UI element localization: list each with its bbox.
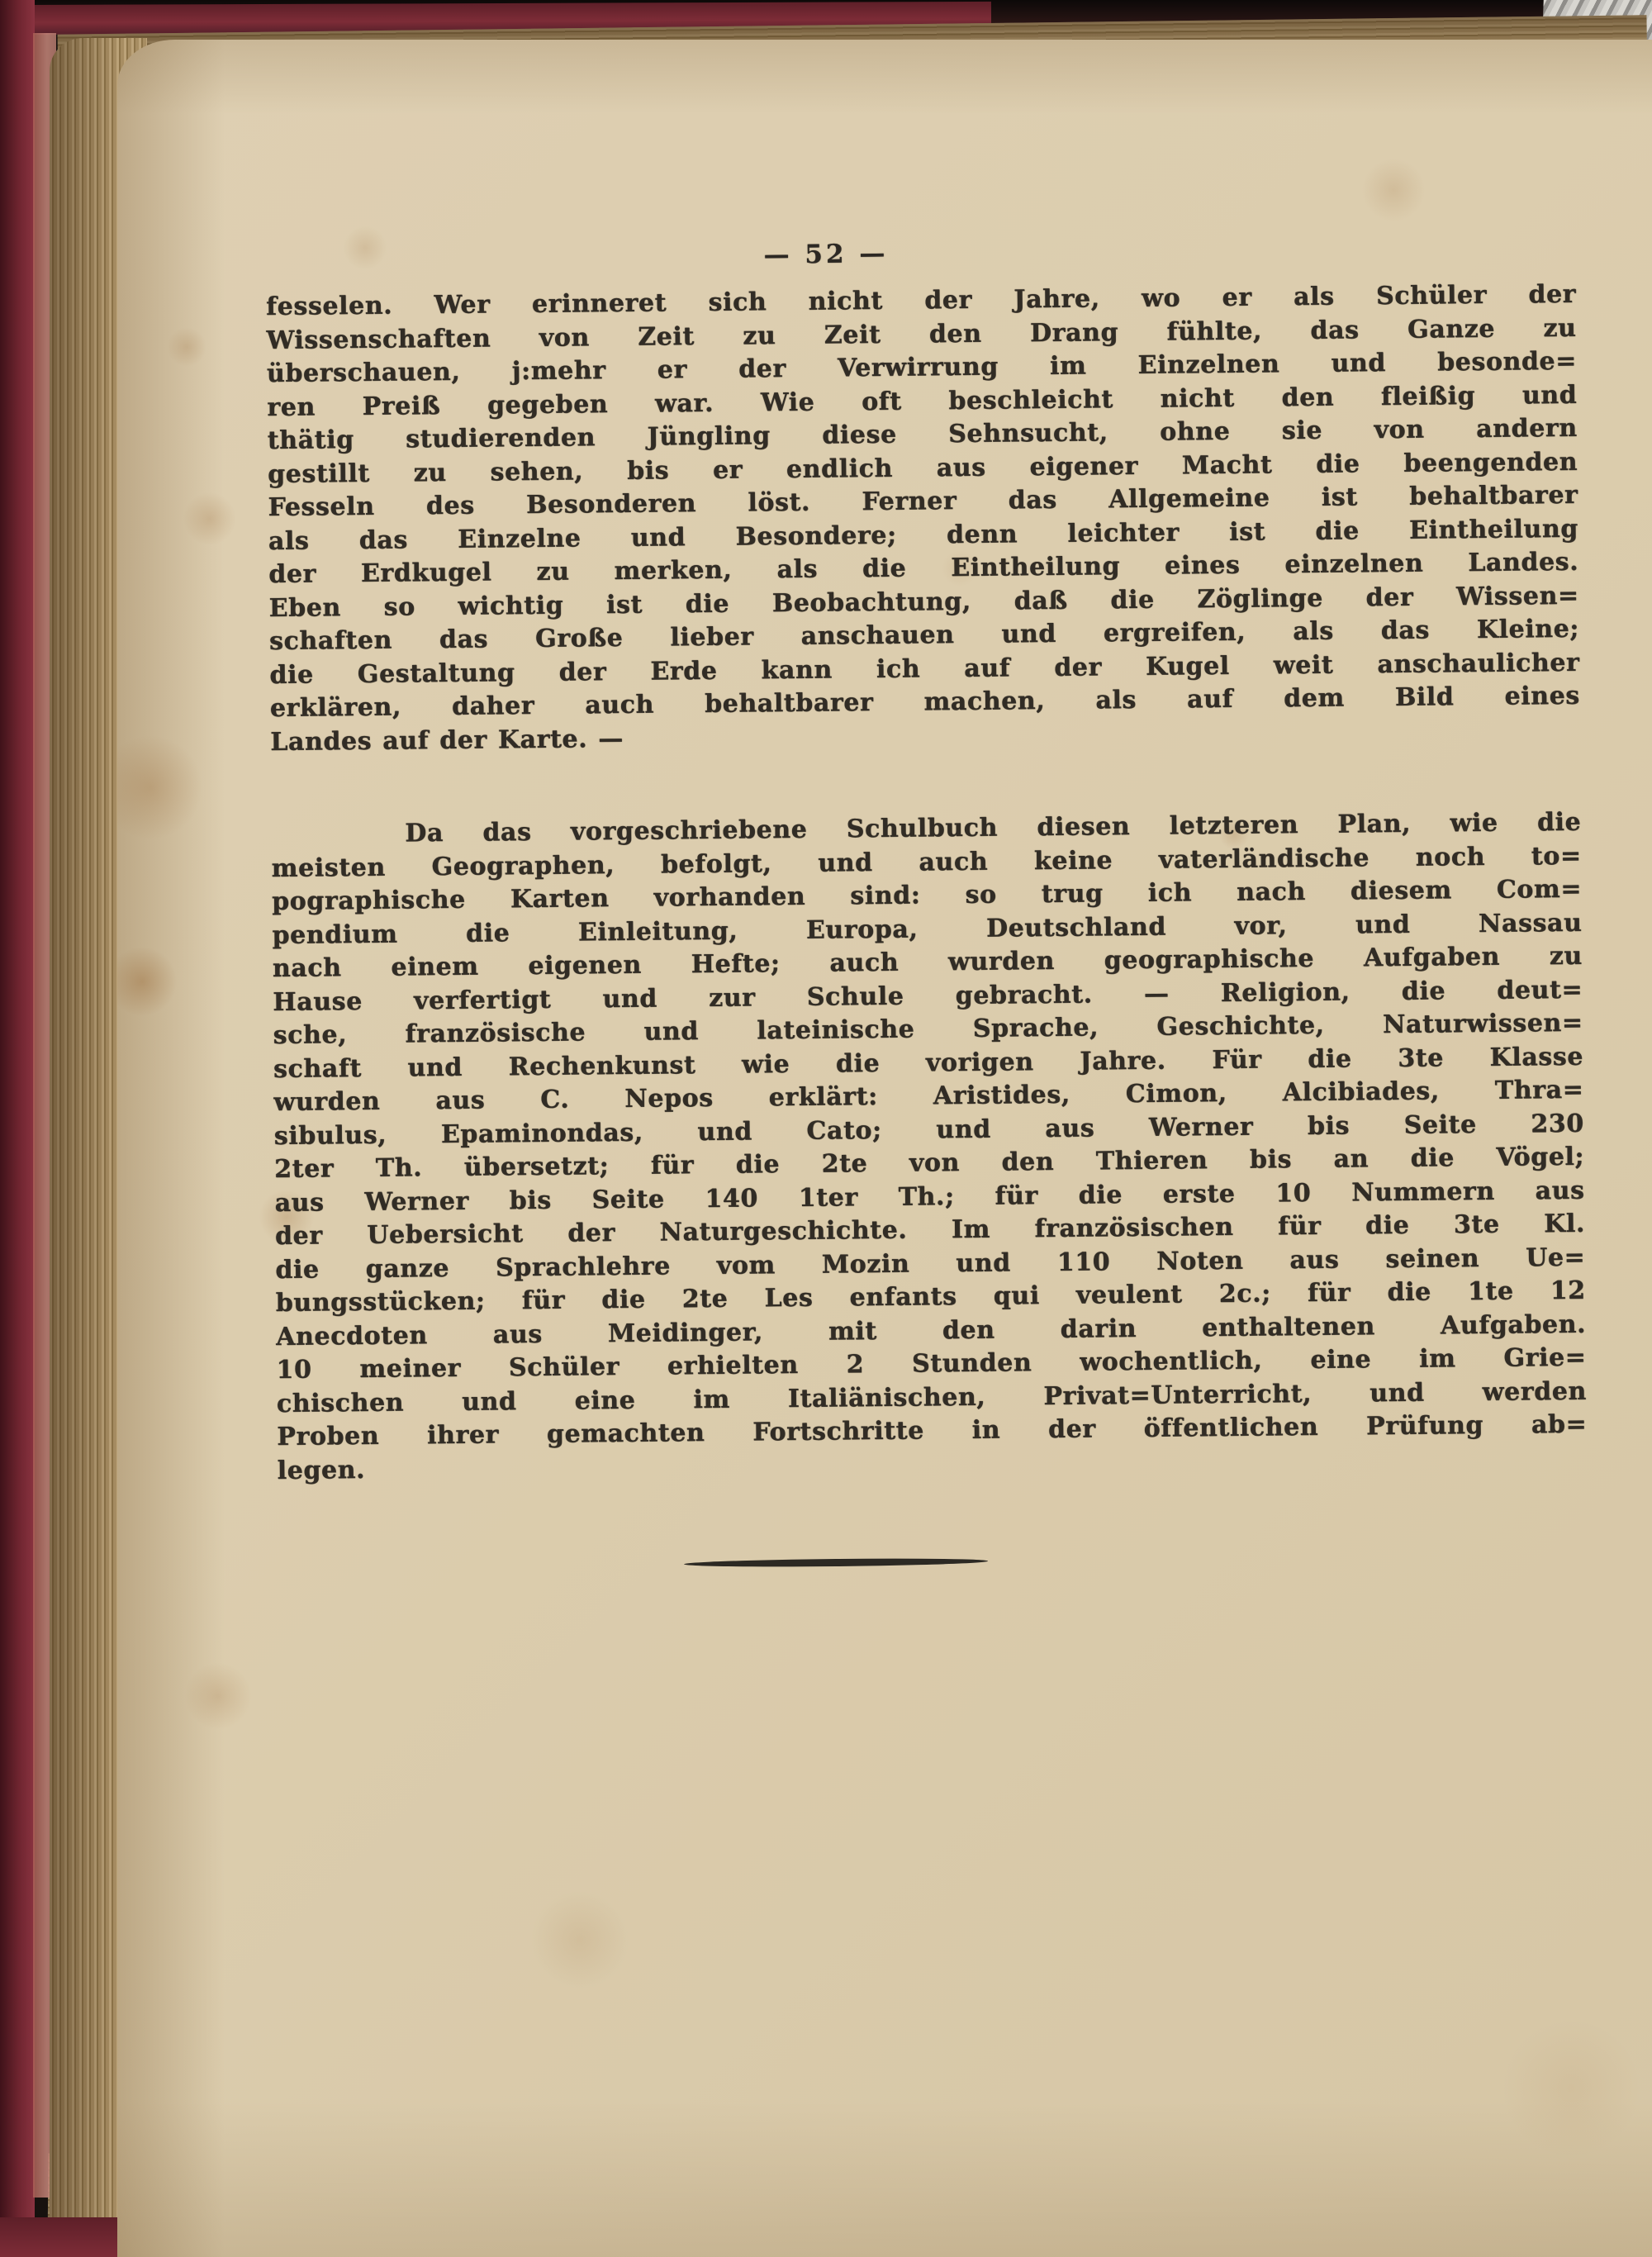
book-cover-bottom-corner <box>0 2217 124 2257</box>
paragraph-2: Da das vorgeschriebene Schulbuch diesen … <box>271 806 1588 1488</box>
book-scan: — 52 — fesselen. Wer erinneret sich nich… <box>0 0 1652 2257</box>
book-cover-spine <box>0 0 35 2257</box>
page-number: — 52 — <box>727 238 925 270</box>
paragraph-1: fesselen. Wer erinneret sich nicht der J… <box>266 278 1580 759</box>
page-text: fesselen. Wer erinneret sich nicht der J… <box>266 278 1588 1488</box>
